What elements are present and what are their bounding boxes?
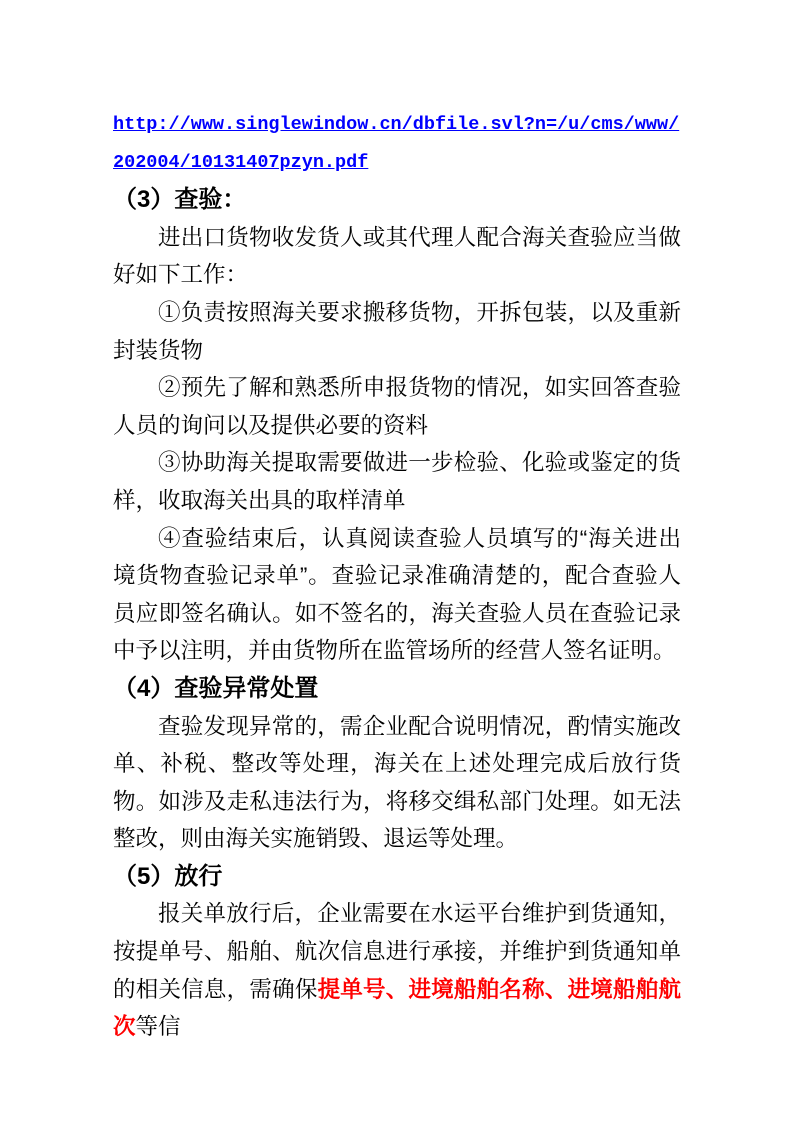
pdf-hyperlink-line1: http://www.singlewindow.cn/dbfile.svl?n=… [113,106,681,144]
document-content: http://www.singlewindow.cn/dbfile.svl?n=… [113,106,681,1046]
pdf-hyperlink[interactable]: http://www.singlewindow.cn/dbfile.svl?n=… [113,106,681,181]
paragraph-step-4: ④查验结束后，认真阅读查验人员填写的“海关进出境货物查验记录单”。查验记录准确清… [113,520,681,670]
paragraph-step-1: ①负责按照海关要求搬移货物，开拆包装，以及重新封装货物 [113,294,681,369]
heading-abnormal-handling: （4）查验异常处置 [113,670,681,708]
paragraph-step-3: ③协助海关提取需要做进一步检验、化验或鉴定的货样，收取海关出具的取样清单 [113,444,681,519]
heading-release: （5）放行 [113,858,681,896]
paragraph-inspection-intro: 进出口货物收发货人或其代理人配合海关查验应当做好如下工作： [113,219,681,294]
paragraph-abnormal-handling: 查验发现异常的，需企业配合说明情况，酌情实施改单、补税、整改等处理，海关在上述处… [113,708,681,858]
heading-inspection: （3）查验： [113,181,681,219]
paragraph-step-2: ②预先了解和熟悉所申报货物的情况，如实回答查验人员的询问以及提供必要的资料 [113,369,681,444]
release-text-suffix: 等信 [136,1014,181,1039]
document-page: http://www.singlewindow.cn/dbfile.svl?n=… [0,0,793,1122]
pdf-hyperlink-line2: 202004/10131407pzyn.pdf [113,144,681,182]
paragraph-release: 报关单放行后，企业需要在水运平台维护到货通知，按提单号、船舶、航次信息进行承接，… [113,895,681,1045]
